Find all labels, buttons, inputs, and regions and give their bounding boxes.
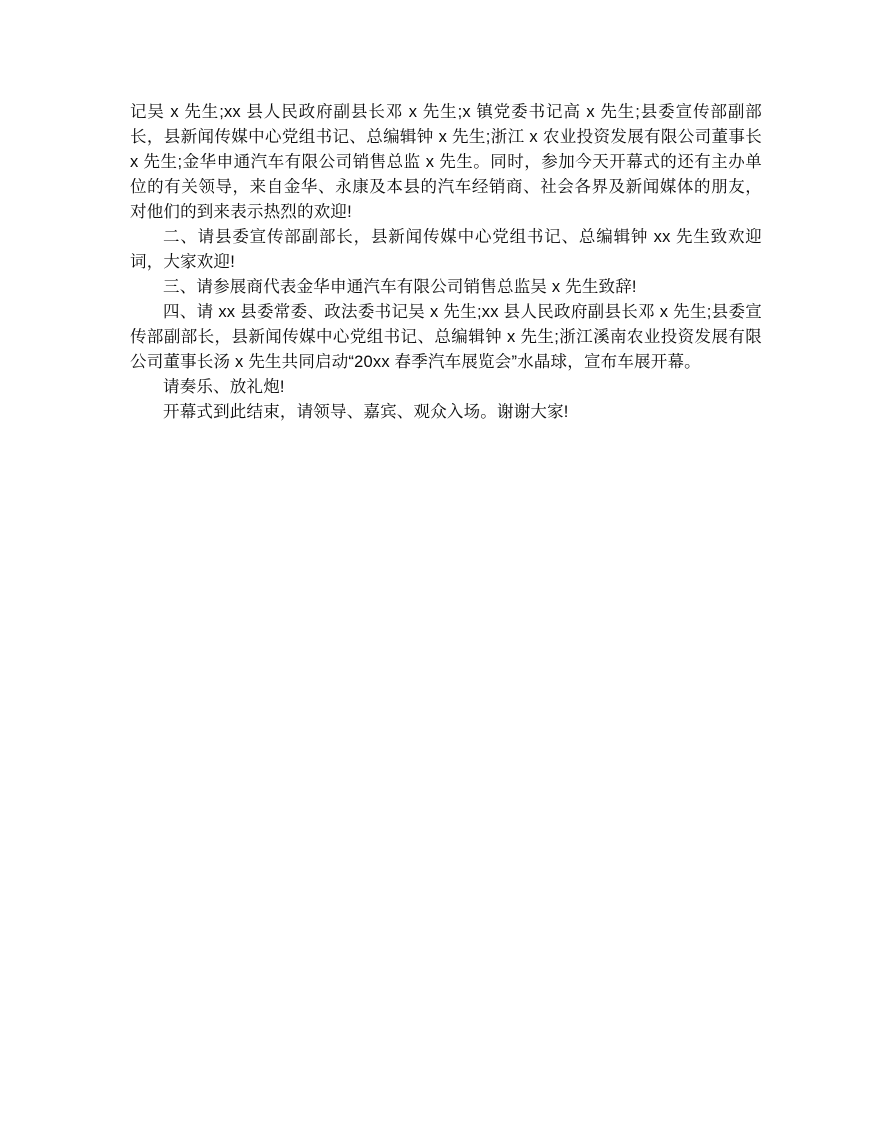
paragraph-item-4: 四、请 xx 县委常委、政法委书记吴 x 先生;xx 县人民政府副县长邓 x 先… [130,300,762,375]
paragraph-item-3: 三、请参展商代表金华申通汽车有限公司销售总监吴 x 先生致辞! [130,275,762,300]
paragraph-closing: 开幕式到此结束，请领导、嘉宾、观众入场。谢谢大家! [130,400,762,425]
document-page: 记吴 x 先生;xx 县人民政府副县长邓 x 先生;x 镇党委书记高 x 先生;… [130,100,762,425]
paragraph-music-salute: 请奏乐、放礼炮! [130,375,762,400]
paragraph-continuation: 记吴 x 先生;xx 县人民政府副县长邓 x 先生;x 镇党委书记高 x 先生;… [130,100,762,225]
paragraph-item-2: 二、请县委宣传部副部长，县新闻传媒中心党组书记、总编辑钟 xx 先生致欢迎词，大… [130,225,762,275]
